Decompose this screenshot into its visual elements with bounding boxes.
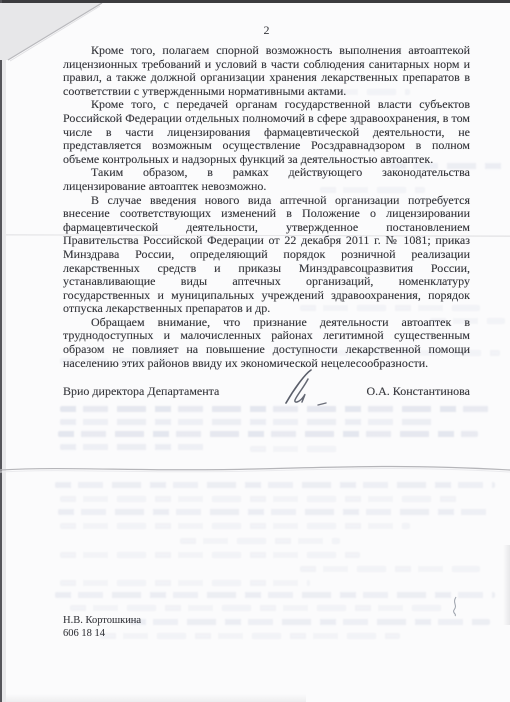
scan-edge-left [0,0,2,702]
executor-phone: 606 18 14 [63,627,141,640]
bleedthrough-line [58,509,488,515]
bleedthrough-line [60,496,460,502]
bleedthrough-line [60,580,310,586]
scanned-letter-page: 2 Кроме того, полагаем спорной возможнос… [0,0,510,702]
bleedthrough-line [60,523,410,529]
bleedthrough-line [58,431,478,437]
paper-crease-lower [0,462,510,476]
bleedthrough-line [55,482,495,488]
bleedthrough-line [70,605,450,611]
page-number: 2 [63,23,470,38]
bleedthrough-line [250,446,340,452]
signer-name: О.А. Константинова [366,384,470,399]
bleedthrough-line [180,538,340,544]
paragraph: Таким образом, в рамках действующего зак… [63,166,470,193]
bleedthrough-line [60,444,210,450]
stray-pen-mark [446,595,464,617]
bleedthrough-line [60,406,490,412]
scan-shade-right [503,545,510,625]
bleedthrough-line [60,552,360,558]
bleedthrough-line [55,592,495,598]
bleedthrough-line [60,419,440,425]
paragraph: В случае введения нового вида аптечной о… [63,194,470,316]
executor-block: Н.В. Кортошкина 606 18 14 [63,614,141,640]
bleedthrough-line [100,633,400,639]
executor-name: Н.В. Кортошкина [63,614,141,627]
handwritten-signature-icon [278,367,330,409]
letter-body: Кроме того, полагаем спорной возможность… [63,44,470,370]
bleedthrough-line [130,619,490,625]
paragraph: Кроме того, полагаем спорной возможность… [63,44,470,98]
bleedthrough-line [300,566,480,572]
paragraph: Кроме того, с передачей органам государс… [63,98,470,166]
signer-role: Врио директора Департамента [63,384,219,399]
paragraph: Обращаем внимание, что признание деятель… [63,316,470,370]
scan-shade-bottom [6,694,306,702]
